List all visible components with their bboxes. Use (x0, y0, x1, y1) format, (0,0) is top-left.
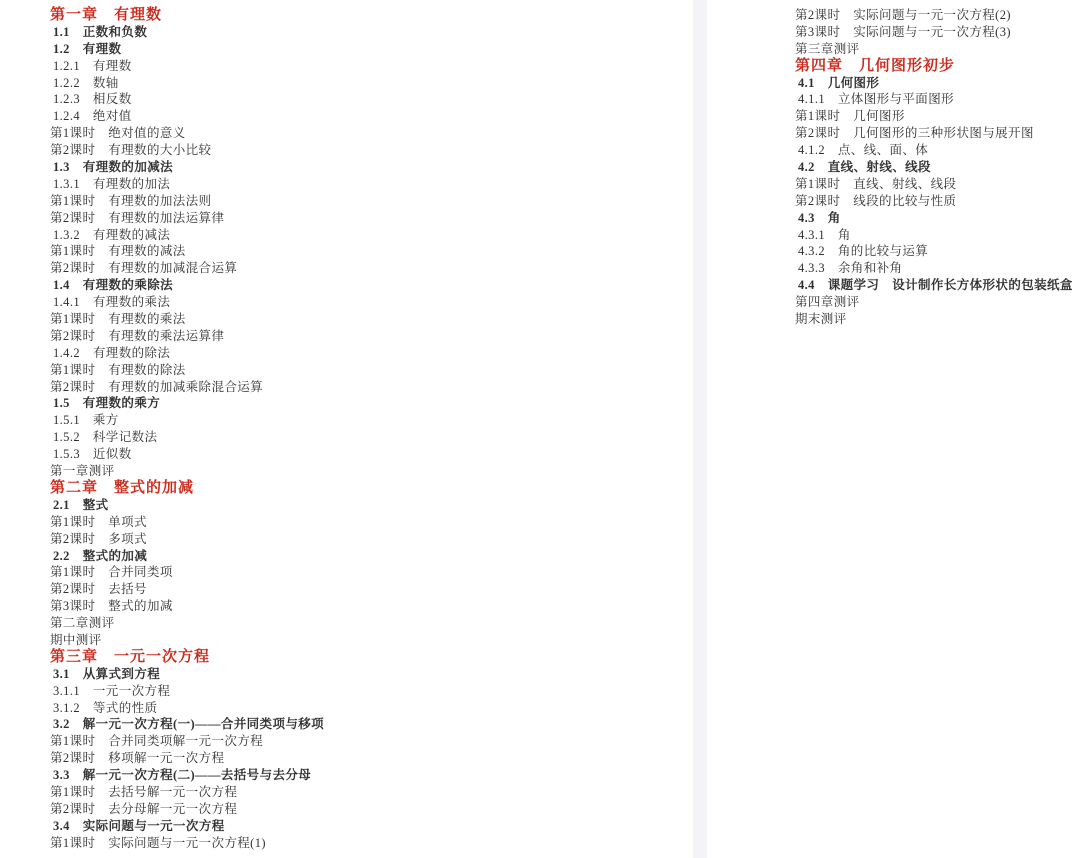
toc-entry-lesson: 第2课时 有理数的大小比较 (50, 142, 680, 159)
toc-entry-lesson: 第1课时 有理数的减法 (50, 243, 680, 260)
toc-entry-subsection: 4.3.2 角的比较与运算 (795, 243, 1075, 260)
toc-entry-section: 3.1 从算式到方程 (50, 666, 680, 683)
toc-entry-section: 1.5 有理数的乘方 (50, 395, 680, 412)
toc-entry-lesson: 第2课时 线段的比较与性质 (795, 193, 1075, 210)
toc-column-left: 第一章 有理数1.1 正数和负数1.2 有理数1.2.1 有理数1.2.2 数轴… (50, 7, 680, 852)
toc-entry-lesson: 第2课时 移项解一元一次方程 (50, 750, 680, 767)
toc-entry-section: 3.3 解一元一次方程(二)——去括号与去分母 (50, 767, 680, 784)
toc-entry-lesson: 第1课时 有理数的乘法 (50, 311, 680, 328)
toc-entry-lesson: 第2课时 几何图形的三种形状图与展开图 (795, 125, 1075, 142)
toc-entry-subsection: 4.3.1 角 (795, 227, 1075, 244)
toc-entry-lesson: 第1课时 去括号解一元一次方程 (50, 784, 680, 801)
toc-entry-section: 2.2 整式的加减 (50, 548, 680, 565)
toc-entry-subsection: 3.1.2 等式的性质 (50, 700, 680, 717)
toc-entry-section: 4.2 直线、射线、线段 (795, 159, 1075, 176)
toc-entry-subsection: 4.1.1 立体图形与平面图形 (795, 91, 1075, 108)
toc-entry-chapter: 第一章 有理数 (50, 7, 680, 24)
toc-entry-lesson: 第2课时 有理数的加法运算律 (50, 210, 680, 227)
toc-entry-lesson: 第2课时 去括号 (50, 581, 680, 598)
toc-entry-lesson: 期中测评 (50, 632, 680, 649)
toc-entry-lesson: 第2课时 有理数的加减乘除混合运算 (50, 379, 680, 396)
toc-entry-section: 1.2 有理数 (50, 41, 680, 58)
toc-entry-subsection: 4.3.3 余角和补角 (795, 260, 1075, 277)
toc-entry-lesson: 第1课时 单项式 (50, 514, 680, 531)
toc-entry-lesson: 第2课时 有理数的加减混合运算 (50, 260, 680, 277)
toc-entry-section: 4.1 几何图形 (795, 75, 1075, 92)
toc-entry-subsection: 4.1.2 点、线、面、体 (795, 142, 1075, 159)
column-gutter (693, 0, 707, 858)
toc-entry-section: 2.1 整式 (50, 497, 680, 514)
toc-entry-lesson: 第1课时 合并同类项 (50, 564, 680, 581)
toc-entry-subsection: 1.4.1 有理数的乘法 (50, 294, 680, 311)
toc-entry-lesson: 第三章测评 (795, 41, 1075, 58)
toc-entry-section: 4.4 课题学习 设计制作长方体形状的包装纸盒 (795, 277, 1075, 294)
toc-entry-subsection: 1.2.4 绝对值 (50, 108, 680, 125)
toc-entry-lesson: 第1课时 直线、射线、线段 (795, 176, 1075, 193)
toc-entry-chapter: 第三章 一元一次方程 (50, 649, 680, 666)
toc-entry-section: 1.4 有理数的乘除法 (50, 277, 680, 294)
toc-entry-subsection: 1.5.3 近似数 (50, 446, 680, 463)
toc-entry-subsection: 1.5.2 科学记数法 (50, 429, 680, 446)
toc-entry-section: 3.2 解一元一次方程(一)——合并同类项与移项 (50, 716, 680, 733)
toc-entry-lesson: 第2课时 去分母解一元一次方程 (50, 801, 680, 818)
toc-page: 第一章 有理数1.1 正数和负数1.2 有理数1.2.1 有理数1.2.2 数轴… (0, 0, 1079, 858)
toc-entry-lesson: 第2课时 实际问题与一元一次方程(2) (795, 7, 1075, 24)
toc-entry-lesson: 第四章测评 (795, 294, 1075, 311)
toc-entry-lesson: 第3课时 整式的加减 (50, 598, 680, 615)
toc-entry-subsection: 1.2.1 有理数 (50, 58, 680, 75)
toc-entry-subsection: 1.3.1 有理数的加法 (50, 176, 680, 193)
toc-entry-subsection: 1.4.2 有理数的除法 (50, 345, 680, 362)
toc-entry-subsection: 3.1.1 一元一次方程 (50, 683, 680, 700)
toc-entry-chapter: 第四章 几何图形初步 (795, 58, 1075, 75)
toc-entry-subsection: 1.5.1 乘方 (50, 412, 680, 429)
toc-entry-lesson: 第1课时 合并同类项解一元一次方程 (50, 733, 680, 750)
toc-entry-lesson: 第1课时 绝对值的意义 (50, 125, 680, 142)
toc-entry-lesson: 第1课时 有理数的除法 (50, 362, 680, 379)
toc-entry-chapter: 第二章 整式的加减 (50, 480, 680, 497)
toc-entry-lesson: 第3课时 实际问题与一元一次方程(3) (795, 24, 1075, 41)
toc-entry-lesson: 期末测评 (795, 311, 1075, 328)
toc-entry-lesson: 第1课时 几何图形 (795, 108, 1075, 125)
toc-column-right: 第2课时 实际问题与一元一次方程(2)第3课时 实际问题与一元一次方程(3)第三… (795, 7, 1075, 328)
toc-entry-lesson: 第1课时 实际问题与一元一次方程(1) (50, 835, 680, 852)
toc-entry-lesson: 第二章测评 (50, 615, 680, 632)
toc-entry-lesson: 第一章测评 (50, 463, 680, 480)
toc-entry-section: 1.1 正数和负数 (50, 24, 680, 41)
toc-entry-section: 4.3 角 (795, 210, 1075, 227)
toc-entry-section: 3.4 实际问题与一元一次方程 (50, 818, 680, 835)
toc-entry-lesson: 第2课时 多项式 (50, 531, 680, 548)
toc-entry-lesson: 第2课时 有理数的乘法运算律 (50, 328, 680, 345)
toc-entry-lesson: 第1课时 有理数的加法法则 (50, 193, 680, 210)
toc-entry-subsection: 1.2.3 相反数 (50, 91, 680, 108)
toc-entry-section: 1.3 有理数的加减法 (50, 159, 680, 176)
toc-entry-subsection: 1.3.2 有理数的减法 (50, 227, 680, 244)
toc-entry-subsection: 1.2.2 数轴 (50, 75, 680, 92)
